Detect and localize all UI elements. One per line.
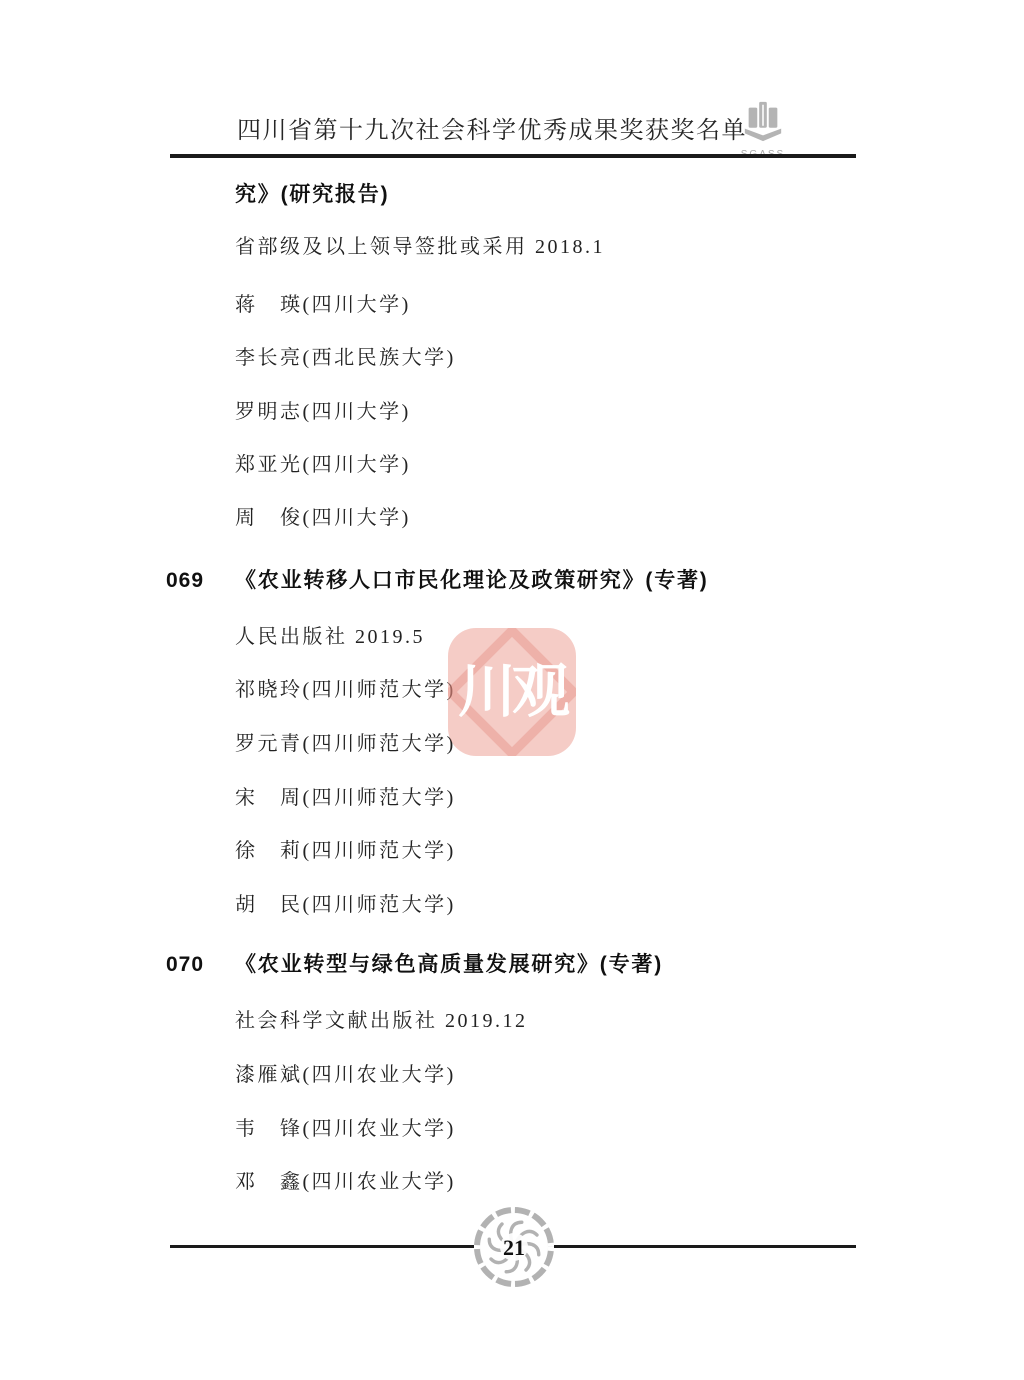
award-winner-line: 李长亮(西北民族大学) xyxy=(235,344,456,372)
sunbird-seal: 21 xyxy=(474,1207,554,1287)
entry-title: 《农业转移人口市民化理论及政策研究》(专著) xyxy=(235,569,709,592)
chuanguan-watermark: 川观 xyxy=(448,628,576,756)
page-title: 四川省第十九次社会科学优秀成果奖获奖名单 xyxy=(237,110,747,145)
award-winner-line: 漆雁斌(四川农业大学) xyxy=(235,1061,456,1089)
entry-number: 069 xyxy=(166,566,235,596)
watermark-logo-text: 川观 xyxy=(458,663,566,721)
sgass-logo-icon xyxy=(740,99,786,143)
continued-title-line: 究》(研究报告) xyxy=(235,180,389,210)
award-winner-line: 罗明志(四川大学) xyxy=(235,398,411,426)
award-winner-line: 宋 周(四川师范大学) xyxy=(235,784,456,812)
sgass-logo: SGASS xyxy=(733,99,793,160)
award-winner-line: 徐 莉(四川师范大学) xyxy=(235,837,456,865)
entry-number: 070 xyxy=(166,950,235,980)
watermark-diamond xyxy=(448,628,576,756)
entry-title: 《农业转型与绿色高质量发展研究》(专著) xyxy=(235,953,663,976)
award-winner-line: 祁晓玲(四川师范大学) xyxy=(235,676,456,704)
award-detail-line: 社会科学文献出版社 2019.12 xyxy=(235,1007,528,1035)
award-detail-line: 人民出版社 2019.5 xyxy=(235,623,425,651)
award-winner-line: 郑亚光(四川大学) xyxy=(235,451,411,479)
award-winner-line: 蒋 瑛(四川大学) xyxy=(235,291,411,319)
document-page: { "header": { "title": "四川省第十九次社会科学优秀成果奖… xyxy=(0,0,1024,1380)
entry-heading: 069《农业转移人口市民化理论及政策研究》(专著) xyxy=(166,566,709,596)
award-winner-line: 韦 锋(四川农业大学) xyxy=(235,1115,456,1143)
entry-heading: 070《农业转型与绿色高质量发展研究》(专著) xyxy=(166,950,663,980)
header-rule xyxy=(170,154,856,158)
award-detail-line: 省部级及以上领导签批或采用 2018.1 xyxy=(235,233,605,261)
award-winner-line: 周 俊(四川大学) xyxy=(235,504,411,532)
award-winner-line: 胡 民(四川师范大学) xyxy=(235,891,456,919)
page-number: 21 xyxy=(503,1235,525,1260)
award-winner-line: 邓 鑫(四川农业大学) xyxy=(235,1168,456,1196)
award-winner-line: 罗元青(四川师范大学) xyxy=(235,730,456,758)
